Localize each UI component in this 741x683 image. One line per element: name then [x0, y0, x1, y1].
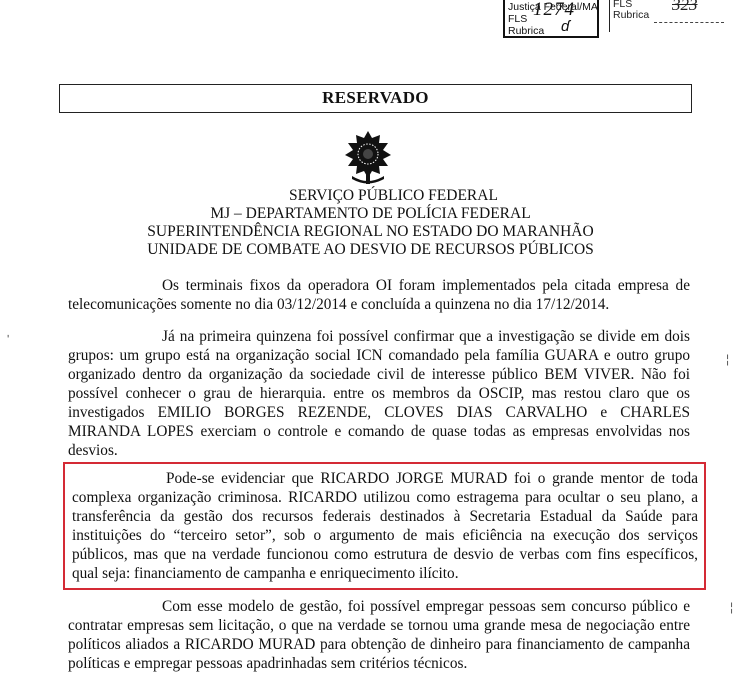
paragraph-terminals: Os terminais fixos da operadora OI foram… — [68, 276, 690, 314]
paragraph-text: Já na primeira quinzena foi possível con… — [68, 327, 690, 460]
margin-mark: ¦ — [726, 352, 729, 366]
classification-banner: RESERVADO — [59, 84, 692, 113]
paragraph-text: Pode-se evidenciar que RICARDO JORGE MUR… — [72, 469, 698, 583]
paragraph-mentor-highlighted: Pode-se evidenciar que RICARDO JORGE MUR… — [72, 469, 698, 583]
stamp-rubrica-label: Rubrica — [508, 25, 594, 37]
header-line-superintendency: SUPERINTENDÊNCIA REGIONAL NO ESTADO DO M… — [0, 223, 741, 241]
margin-mark: ¦ — [730, 600, 733, 614]
header-line-service: SERVIÇO PÚBLICO FEDERAL — [0, 187, 741, 205]
paragraph-text: Os terminais fixos da operadora OI foram… — [68, 276, 690, 314]
margin-mark: ʹ — [7, 332, 9, 346]
stamp-page-number: 1274 — [533, 4, 575, 16]
agency-header: SERVIÇO PÚBLICO FEDERAL MJ – DEPARTAMENT… — [0, 187, 741, 259]
header-line-unit: UNIDADE DE COMBATE AO DESVIO DE RECURSOS… — [0, 241, 741, 259]
paragraph-management-model: Com esse modelo de gestão, foi possível … — [68, 597, 690, 673]
stamp2-page-number: 323 — [672, 0, 698, 10]
paragraph-groups: Já na primeira quinzena foi possível con… — [68, 327, 690, 460]
header-line-department: MJ – DEPARTAMENTO DE POLÍCIA FEDERAL — [0, 205, 741, 223]
brazil-coat-of-arms-icon — [338, 130, 398, 186]
signature-line — [654, 22, 724, 23]
court-page-stamp: Justiça Federal/MA FLS Rubrica 1274 ɗ — [503, 0, 599, 38]
signature-icon: ɗ — [561, 21, 569, 33]
police-page-stamp: FLS Rubrica 323 — [609, 0, 741, 32]
paragraph-text: Com esse modelo de gestão, foi possível … — [68, 597, 690, 673]
